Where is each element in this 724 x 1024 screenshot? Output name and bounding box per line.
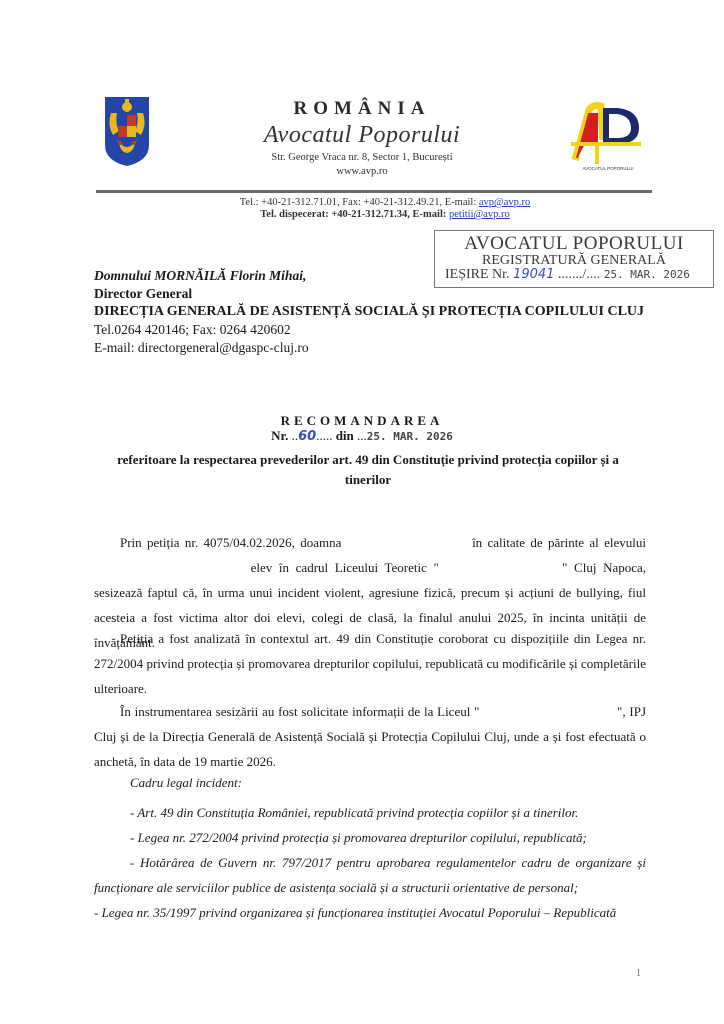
registry-stamp: AVOCATUL POPORULUI REGISTRATURĂ GENERALĂ… [434, 230, 714, 288]
paragraph-analysis: Petiția a fost analizată în contextul ar… [94, 626, 646, 701]
page-number: 1 [636, 968, 641, 979]
avp-logo-icon: AVOCATUL POPORULUI [567, 100, 649, 172]
header-divider [96, 190, 652, 193]
document-title: RECOMANDAREA [0, 413, 724, 429]
legal-item: - Legea nr. 35/1997 privind organizarea … [94, 900, 646, 925]
stamp-dots: ......./.... [558, 267, 600, 282]
svg-text:AVOCATUL POPORULUI: AVOCATUL POPORULUI [582, 166, 633, 171]
contact-line-1: Tel.: +40-21-312.71.01, Fax: +40-21-312.… [0, 197, 724, 208]
stamp-exit-number: 19041 [513, 267, 554, 282]
contact-line-1-text: Tel.: +40-21-312.71.01, Fax: +40-21-312.… [240, 197, 479, 208]
legal-item: - Legea nr. 272/2004 privind protecția ș… [94, 825, 646, 850]
contact-line-2: Tel. dispecerat: +40-21-312.71.34, E-mai… [0, 209, 724, 220]
recipient-organization: DIRECȚIA GENERALĂ DE ASISTENȚĂ SOCIALĂ Ș… [94, 304, 644, 320]
stamp-exit-label: IEȘIRE Nr. [445, 267, 510, 282]
paragraph-investigation: În instrumentarea sesizării au fost soli… [94, 699, 646, 774]
document-subject: referitoare la respectarea prevederilor … [98, 450, 638, 490]
p1-part-c: elev în cadrul Liceului Teoretic " [251, 560, 439, 575]
avp-email-link[interactable]: avp@avp.ro [479, 197, 530, 208]
petitii-email-link[interactable]: petitii@avp.ro [449, 209, 510, 220]
p3-part-a: În instrumentarea sesizării au fost soli… [120, 704, 479, 719]
document-date: 25. MAR. 2026 [367, 430, 453, 443]
recipient-position: Director General [94, 286, 192, 302]
stamp-title: AVOCATUL POPORULUI [435, 233, 713, 255]
recipient-email: E-mail: directorgeneral@dgaspc-cluj.ro [94, 340, 309, 356]
recipient-name: Domnului MORNĂILĂ Florin Mihai, [94, 268, 306, 284]
legal-item: - Hotărârea de Guvern nr. 797/2017 pentr… [94, 850, 646, 900]
p1-part-a: Prin petiția nr. 4075/04.02.2026, doamna [120, 535, 341, 550]
stamp-date: 25. MAR. 2026 [604, 268, 690, 281]
nr-label: Nr. [271, 428, 288, 443]
contact-line-2-text: Tel. dispecerat: +40-21-312.71.34, E-mai… [260, 209, 449, 220]
legal-framework-heading: Cadru legal incident: [130, 775, 242, 791]
stamp-exit-line: IEȘIRE Nr. 19041 ......./.... 25. MAR. 2… [435, 267, 713, 283]
p1-part-b: în calitate de părinte al elevului [472, 535, 646, 550]
recipient-phone-fax: Tel.0264 420146; Fax: 0264 420602 [94, 322, 291, 338]
document-number-line: Nr. ..60..... din ...25. MAR. 2026 [0, 428, 724, 444]
din-label: din [336, 428, 354, 443]
nr-value: 60 [298, 429, 316, 444]
legal-item: - Art. 49 din Constituția României, repu… [94, 800, 646, 825]
